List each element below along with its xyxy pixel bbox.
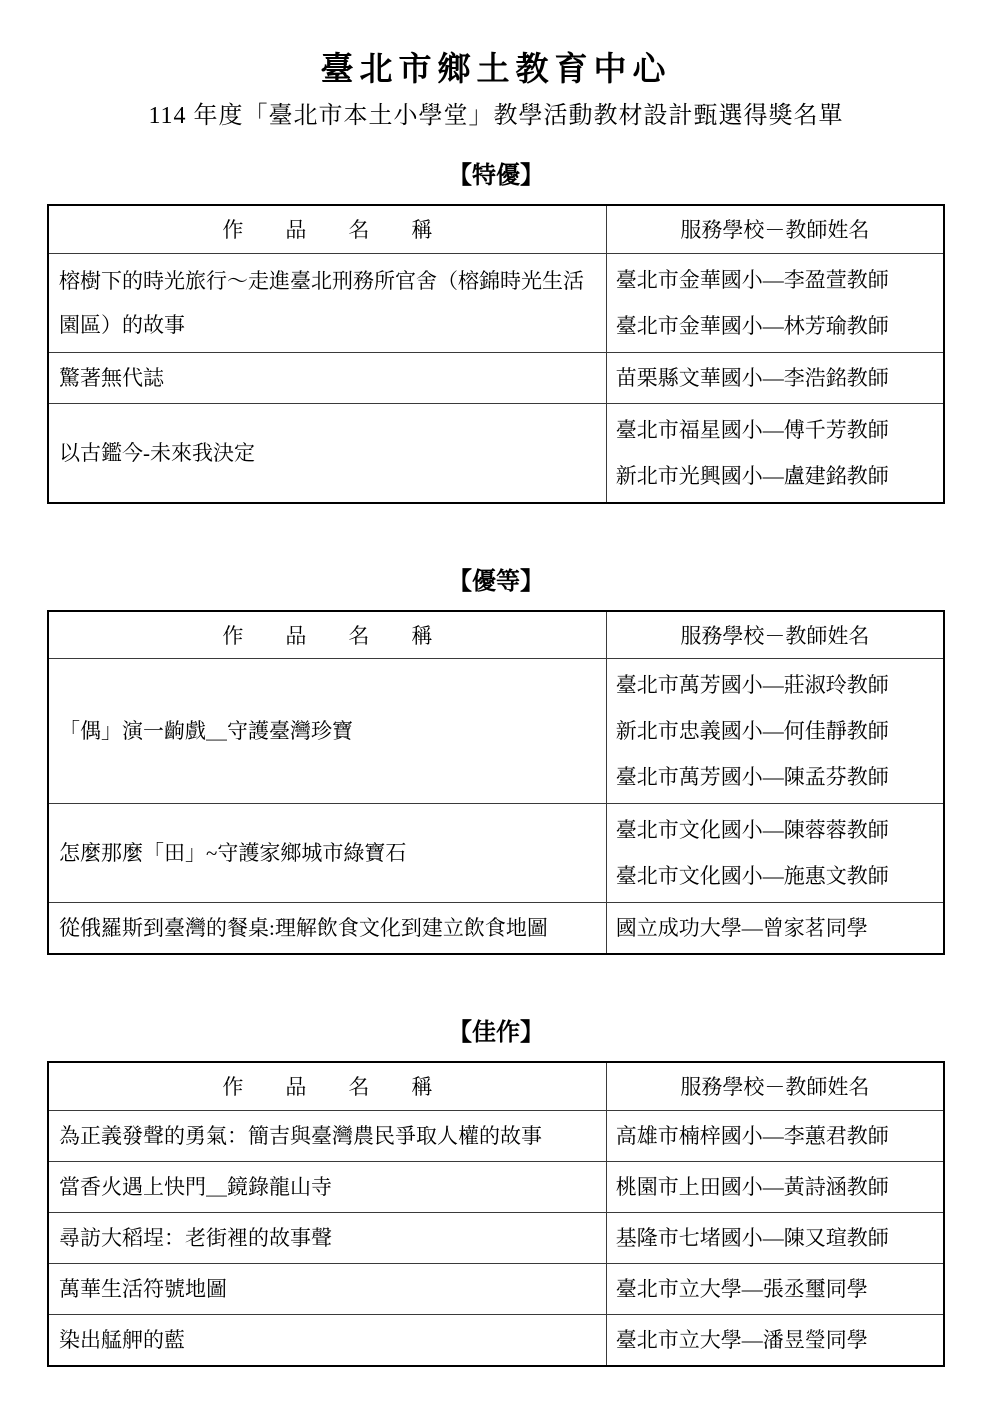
school-teacher-cell: 國立成功大學—曾家茗同學	[606, 903, 944, 955]
recipient-line: 基隆市七堵國小—陳又瑄教師	[616, 1216, 939, 1260]
recipient-line: 臺北市金華國小—李盈萱教師	[616, 257, 939, 303]
recipient-line: 國立成功大學—曾家茗同學	[616, 906, 939, 950]
recipient-line: 臺北市文化國小—陳蓉蓉教師	[616, 807, 939, 853]
school-teacher-cell: 桃園市上田國小—黃詩涵教師	[606, 1161, 944, 1212]
document-subtitle: 114 年度「臺北市本土小學堂」教學活動教材設計甄選得獎名單	[47, 98, 945, 134]
work-title-cell: 從俄羅斯到臺灣的餐桌:理解飲食文化到建立飲食地圖	[48, 903, 606, 955]
table-row: 驚著無代誌苗栗縣文華國小—李浩銘教師	[48, 352, 944, 403]
work-title-cell: 以古鑑今-未來我決定	[48, 403, 606, 503]
recipient-line: 臺北市萬芳國小—莊淑玲教師	[616, 662, 939, 708]
table-header-row: 作 品 名 稱服務學校－教師姓名	[48, 1062, 944, 1110]
section-heading: 【特優】	[47, 160, 945, 192]
recipient-line: 臺北市萬芳國小—陳孟芬教師	[616, 754, 939, 800]
section-heading: 【優等】	[47, 566, 945, 598]
recipient-line: 臺北市福星國小—傅千芳教師	[616, 407, 939, 453]
work-title-cell: 萬華生活符號地圖	[48, 1263, 606, 1314]
school-teacher-cell: 臺北市福星國小—傅千芳教師新北市光興國小—盧建銘教師	[606, 403, 944, 503]
work-title-cell: 榕樹下的時光旅行～走進臺北刑務所官舍（榕錦時光生活園區）的故事	[48, 253, 606, 352]
column-header-work: 作 品 名 稱	[48, 611, 606, 659]
recipient-line: 高雄市楠梓國小—李蕙君教師	[616, 1114, 939, 1158]
recipient-line: 新北市光興國小—盧建銘教師	[616, 453, 939, 499]
work-title-cell: 染出艋舺的藍	[48, 1314, 606, 1366]
award-section: 【優等】作 品 名 稱服務學校－教師姓名「偶」演一齣戲＿守護臺灣珍寶臺北市萬芳國…	[47, 566, 945, 956]
recipient-line: 桃園市上田國小—黃詩涵教師	[616, 1165, 939, 1209]
work-title-cell: 為正義發聲的勇氣：簡吉與臺灣農民爭取人權的故事	[48, 1110, 606, 1161]
column-header-work: 作 品 名 稱	[48, 205, 606, 253]
school-teacher-cell: 臺北市萬芳國小—莊淑玲教師新北市忠義國小—何佳靜教師臺北市萬芳國小—陳孟芬教師	[606, 659, 944, 804]
award-section: 【佳作】作 品 名 稱服務學校－教師姓名為正義發聲的勇氣：簡吉與臺灣農民爭取人權…	[47, 1017, 945, 1367]
recipient-line: 臺北市立大學—張丞璽同學	[616, 1267, 939, 1311]
recipient-line: 苗栗縣文華國小—李浩銘教師	[616, 356, 939, 400]
recipient-line: 臺北市金華國小—林芳瑜教師	[616, 303, 939, 349]
school-teacher-cell: 臺北市立大學—潘昱瑩同學	[606, 1314, 944, 1366]
table-row: 以古鑑今-未來我決定臺北市福星國小—傅千芳教師新北市光興國小—盧建銘教師	[48, 403, 944, 503]
recipient-line: 臺北市文化國小—施惠文教師	[616, 853, 939, 899]
award-sections: 【特優】作 品 名 稱服務學校－教師姓名榕樹下的時光旅行～走進臺北刑務所官舍（榕…	[47, 160, 945, 1367]
column-header-school: 服務學校－教師姓名	[606, 205, 944, 253]
column-header-school: 服務學校－教師姓名	[606, 1062, 944, 1110]
column-header-school: 服務學校－教師姓名	[606, 611, 944, 659]
table-row: 萬華生活符號地圖臺北市立大學—張丞璽同學	[48, 1263, 944, 1314]
table-header-row: 作 品 名 稱服務學校－教師姓名	[48, 611, 944, 659]
work-title-cell: 當香火遇上快門＿鏡錄龍山寺	[48, 1161, 606, 1212]
column-header-work: 作 品 名 稱	[48, 1062, 606, 1110]
school-teacher-cell: 基隆市七堵國小—陳又瑄教師	[606, 1212, 944, 1263]
document-page: 臺北市鄉土教育中心 114 年度「臺北市本土小學堂」教學活動教材設計甄選得獎名單…	[0, 0, 992, 1403]
awards-table: 作 品 名 稱服務學校－教師姓名為正義發聲的勇氣：簡吉與臺灣農民爭取人權的故事高…	[47, 1061, 945, 1367]
school-teacher-cell: 高雄市楠梓國小—李蕙君教師	[606, 1110, 944, 1161]
school-teacher-cell: 苗栗縣文華國小—李浩銘教師	[606, 352, 944, 403]
award-section: 【特優】作 品 名 稱服務學校－教師姓名榕樹下的時光旅行～走進臺北刑務所官舍（榕…	[47, 160, 945, 504]
table-row: 染出艋舺的藍臺北市立大學—潘昱瑩同學	[48, 1314, 944, 1366]
school-teacher-cell: 臺北市文化國小—陳蓉蓉教師臺北市文化國小—施惠文教師	[606, 804, 944, 903]
awards-table: 作 品 名 稱服務學校－教師姓名「偶」演一齣戲＿守護臺灣珍寶臺北市萬芳國小—莊淑…	[47, 610, 945, 956]
table-row: 為正義發聲的勇氣：簡吉與臺灣農民爭取人權的故事高雄市楠梓國小—李蕙君教師	[48, 1110, 944, 1161]
table-row: 尋訪大稻埕：老街裡的故事聲基隆市七堵國小—陳又瑄教師	[48, 1212, 944, 1263]
work-title-cell: 「偶」演一齣戲＿守護臺灣珍寶	[48, 659, 606, 804]
recipient-line: 新北市忠義國小—何佳靜教師	[616, 708, 939, 754]
awards-table: 作 品 名 稱服務學校－教師姓名榕樹下的時光旅行～走進臺北刑務所官舍（榕錦時光生…	[47, 204, 945, 504]
table-header-row: 作 品 名 稱服務學校－教師姓名	[48, 205, 944, 253]
table-row: 從俄羅斯到臺灣的餐桌:理解飲食文化到建立飲食地圖國立成功大學—曾家茗同學	[48, 903, 944, 955]
work-title-cell: 驚著無代誌	[48, 352, 606, 403]
table-row: 榕樹下的時光旅行～走進臺北刑務所官舍（榕錦時光生活園區）的故事臺北市金華國小—李…	[48, 253, 944, 352]
section-heading: 【佳作】	[47, 1017, 945, 1049]
school-teacher-cell: 臺北市立大學—張丞璽同學	[606, 1263, 944, 1314]
school-teacher-cell: 臺北市金華國小—李盈萱教師臺北市金華國小—林芳瑜教師	[606, 253, 944, 352]
table-row: 怎麼那麼「田」~守護家鄉城市綠寶石臺北市文化國小—陳蓉蓉教師臺北市文化國小—施惠…	[48, 804, 944, 903]
recipient-line: 臺北市立大學—潘昱瑩同學	[616, 1318, 939, 1362]
document-title: 臺北市鄉土教育中心	[47, 48, 945, 92]
table-row: 當香火遇上快門＿鏡錄龍山寺桃園市上田國小—黃詩涵教師	[48, 1161, 944, 1212]
work-title-cell: 怎麼那麼「田」~守護家鄉城市綠寶石	[48, 804, 606, 903]
table-row: 「偶」演一齣戲＿守護臺灣珍寶臺北市萬芳國小—莊淑玲教師新北市忠義國小—何佳靜教師…	[48, 659, 944, 804]
work-title-cell: 尋訪大稻埕：老街裡的故事聲	[48, 1212, 606, 1263]
